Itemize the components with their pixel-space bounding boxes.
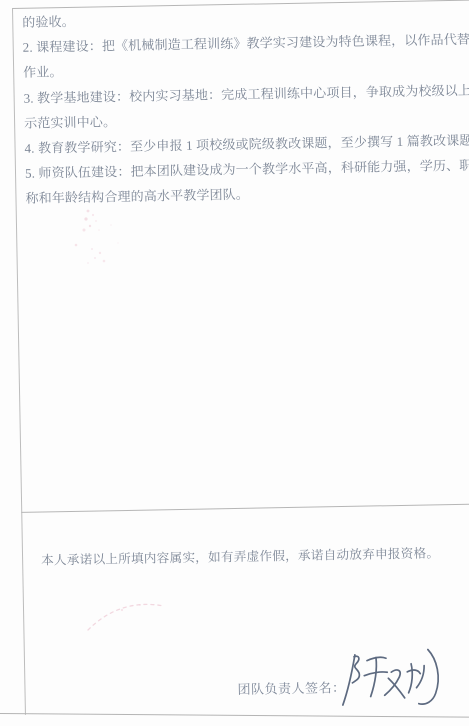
scanned-document-page: { "colors": { "ink": "#7b8595", "border"… <box>0 0 469 726</box>
declaration-text: 本人承诺以上所填内容属实，如有弄虚作假，承诺自动放弃申报资格。 <box>41 542 439 568</box>
document-box: 的验收。 2. 课程建设：把《机械制造工程训练》教学实习建设为特色课程，以作品代… <box>12 0 469 715</box>
stamp-residue-speckles <box>66 203 126 293</box>
signature-name: 陈文凯 <box>13 9 14 10</box>
section-divider <box>21 503 469 513</box>
goals-text-block: 的验收。 2. 课程建设：把《机械制造工程训练》教学实习建设为特色课程，以作品代… <box>22 2 469 212</box>
stamp-residue-arc <box>84 590 170 640</box>
handwritten-signature <box>331 641 448 717</box>
signature-label: 团队负责人签名： <box>237 677 345 698</box>
